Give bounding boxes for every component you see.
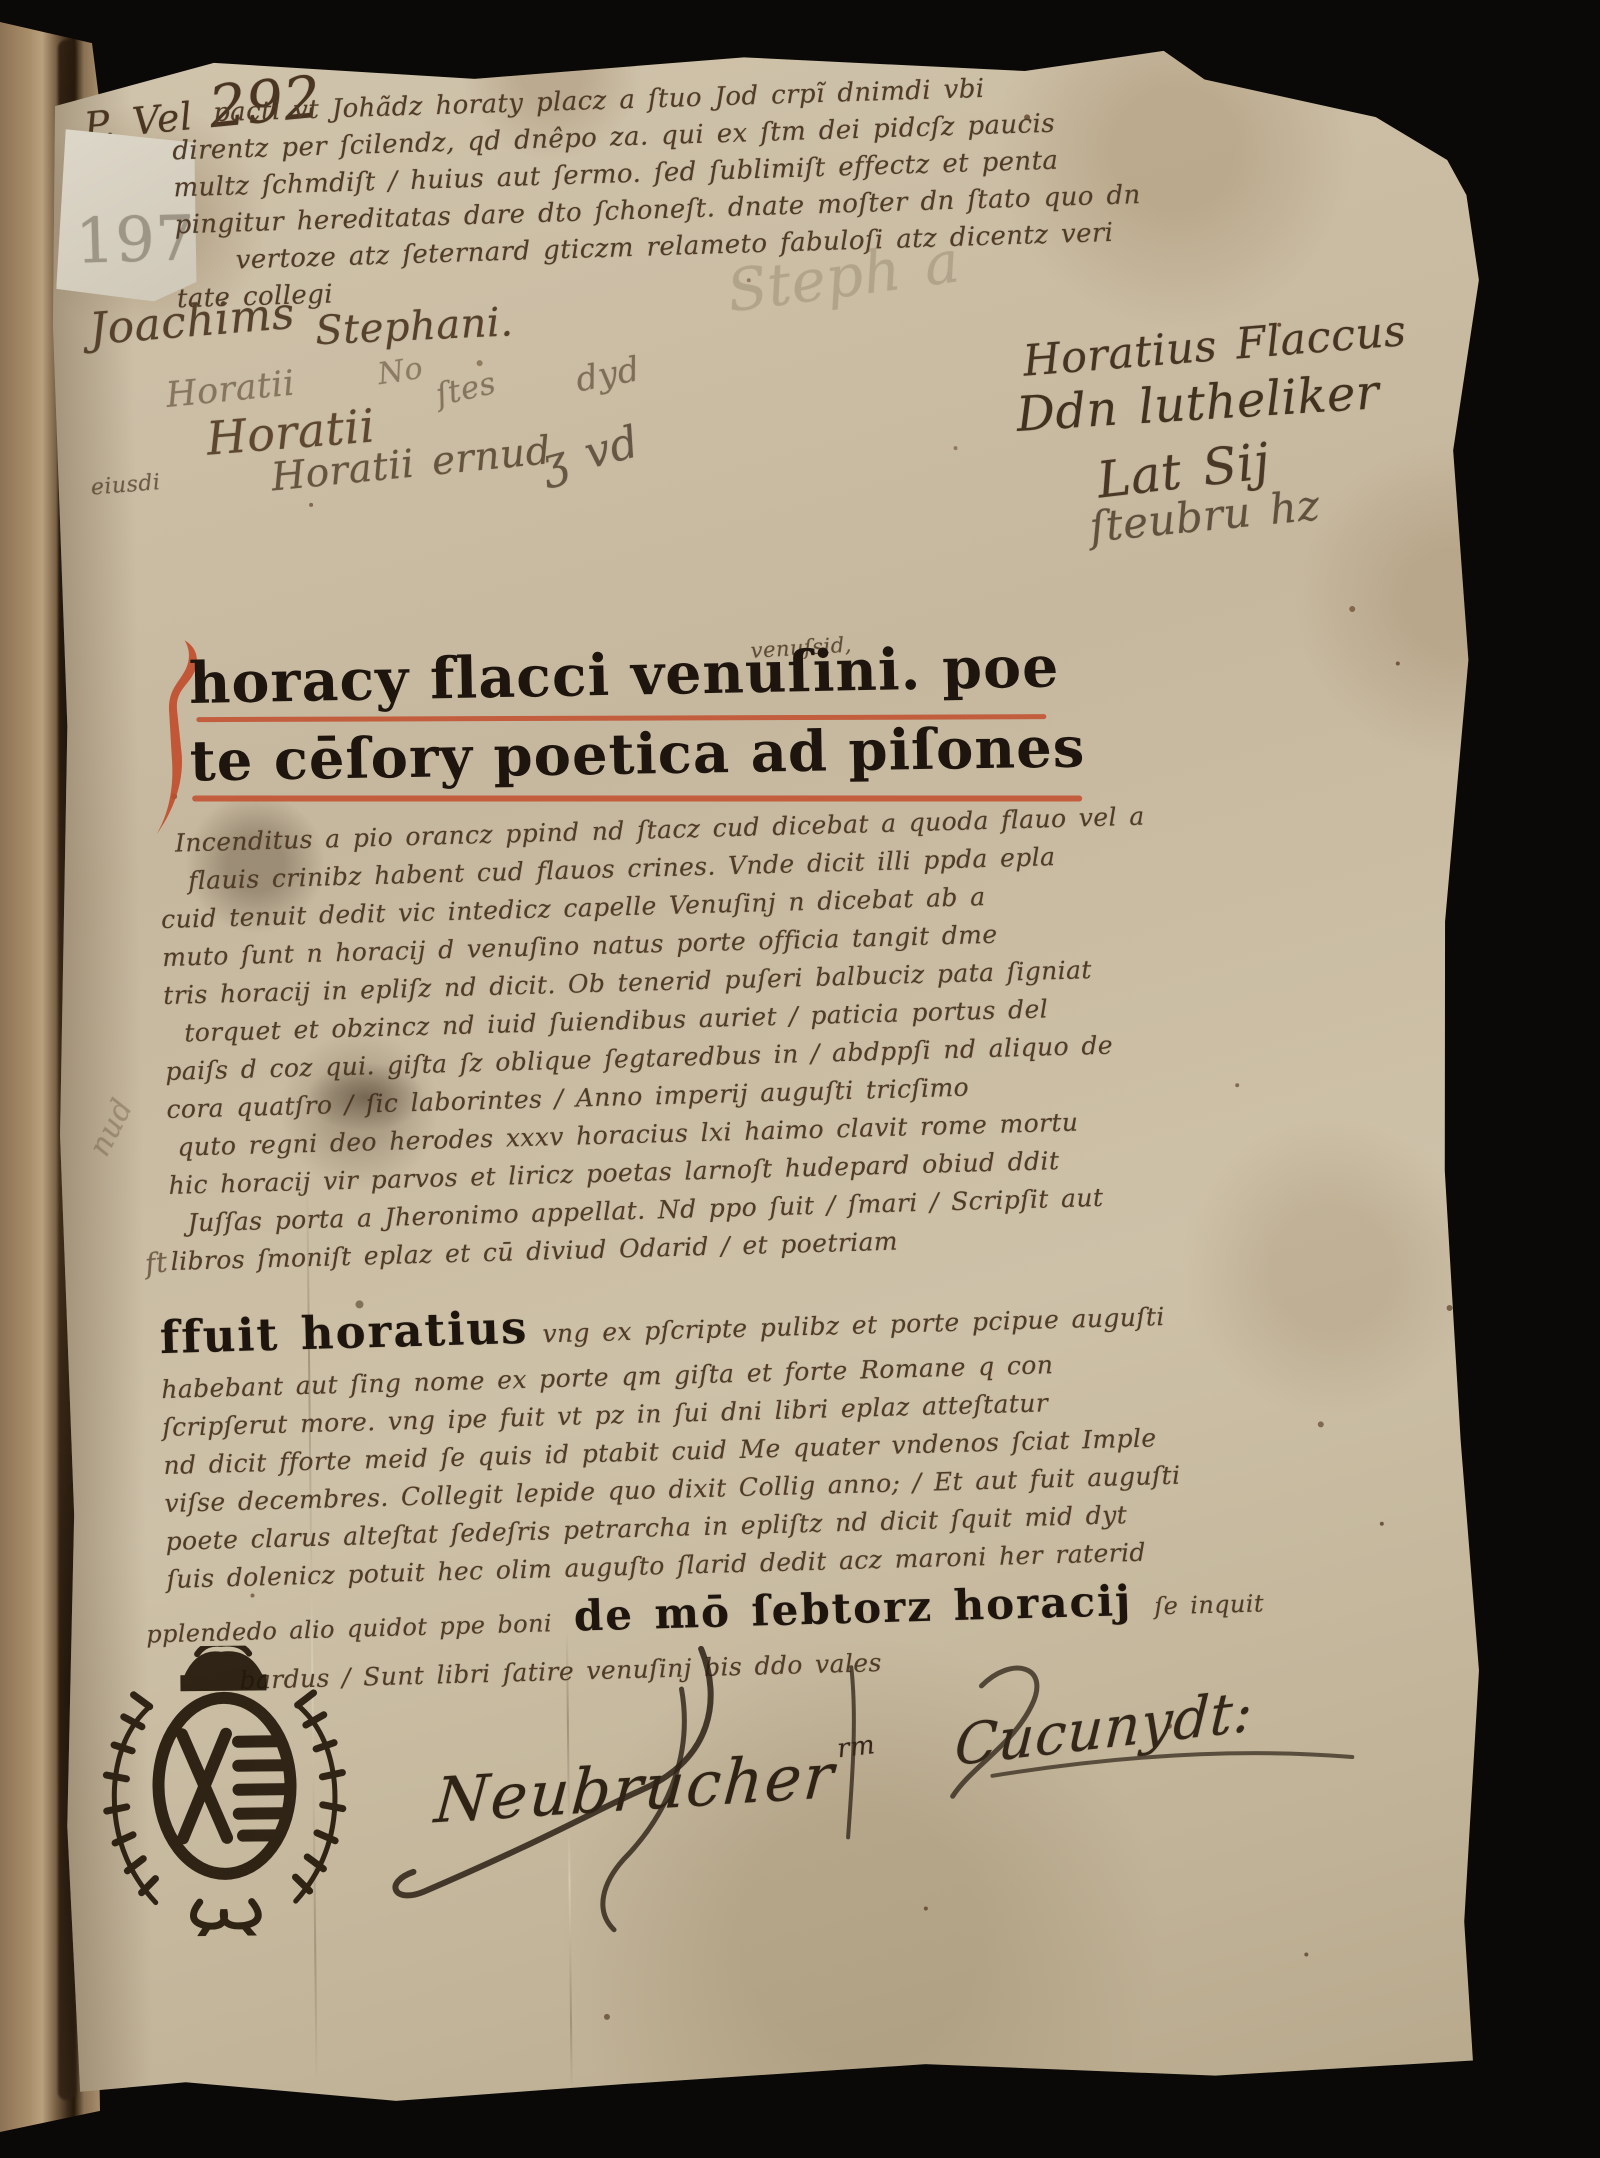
rubric-underline-2 — [192, 795, 1082, 801]
scribble-stes: ſtes — [433, 365, 500, 413]
owner-name-stephani: Stephani. — [314, 299, 514, 354]
corner-number: 19 — [1200, 39, 1243, 79]
title-line-2: te cēſory poetica ad piſones — [189, 714, 1085, 794]
margin-letter: ft — [143, 1245, 169, 1280]
scribble-dyd: dyd — [573, 349, 644, 400]
commentary-paragraph: Incenditus a pio orancz ppind nd ſtacz c… — [159, 798, 1157, 1281]
pencil-folio-number: 197 — [352, 24, 426, 79]
margin-word-eiusdi: eiusdi — [90, 470, 161, 501]
title-line-1: horacy flacci venuſini. poe — [188, 633, 1060, 717]
scribble-zvd: ʒ vd — [536, 416, 645, 490]
scribble-no: No — [375, 351, 425, 392]
vita-first-line-rest: vng ex pſcripte pulibz et porte pcipue a… — [542, 1302, 1165, 1348]
signature-primary-superscript: rm — [836, 1730, 877, 1764]
vita-post-bold: ſe inquit — [1154, 1589, 1264, 1620]
owner-name-joachim: Joachims — [87, 288, 296, 355]
top-note: pacti vt Johãdz horaty placz a ſtuo Jod … — [171, 66, 1144, 318]
margin-smudge: nud — [82, 1093, 140, 1162]
manuscript-page: P. Vel 292 197 197 19 pacti vt Johãdz ho… — [44, 20, 1514, 2110]
vita-lead-heading: ffuit horatius — [159, 1301, 529, 1364]
